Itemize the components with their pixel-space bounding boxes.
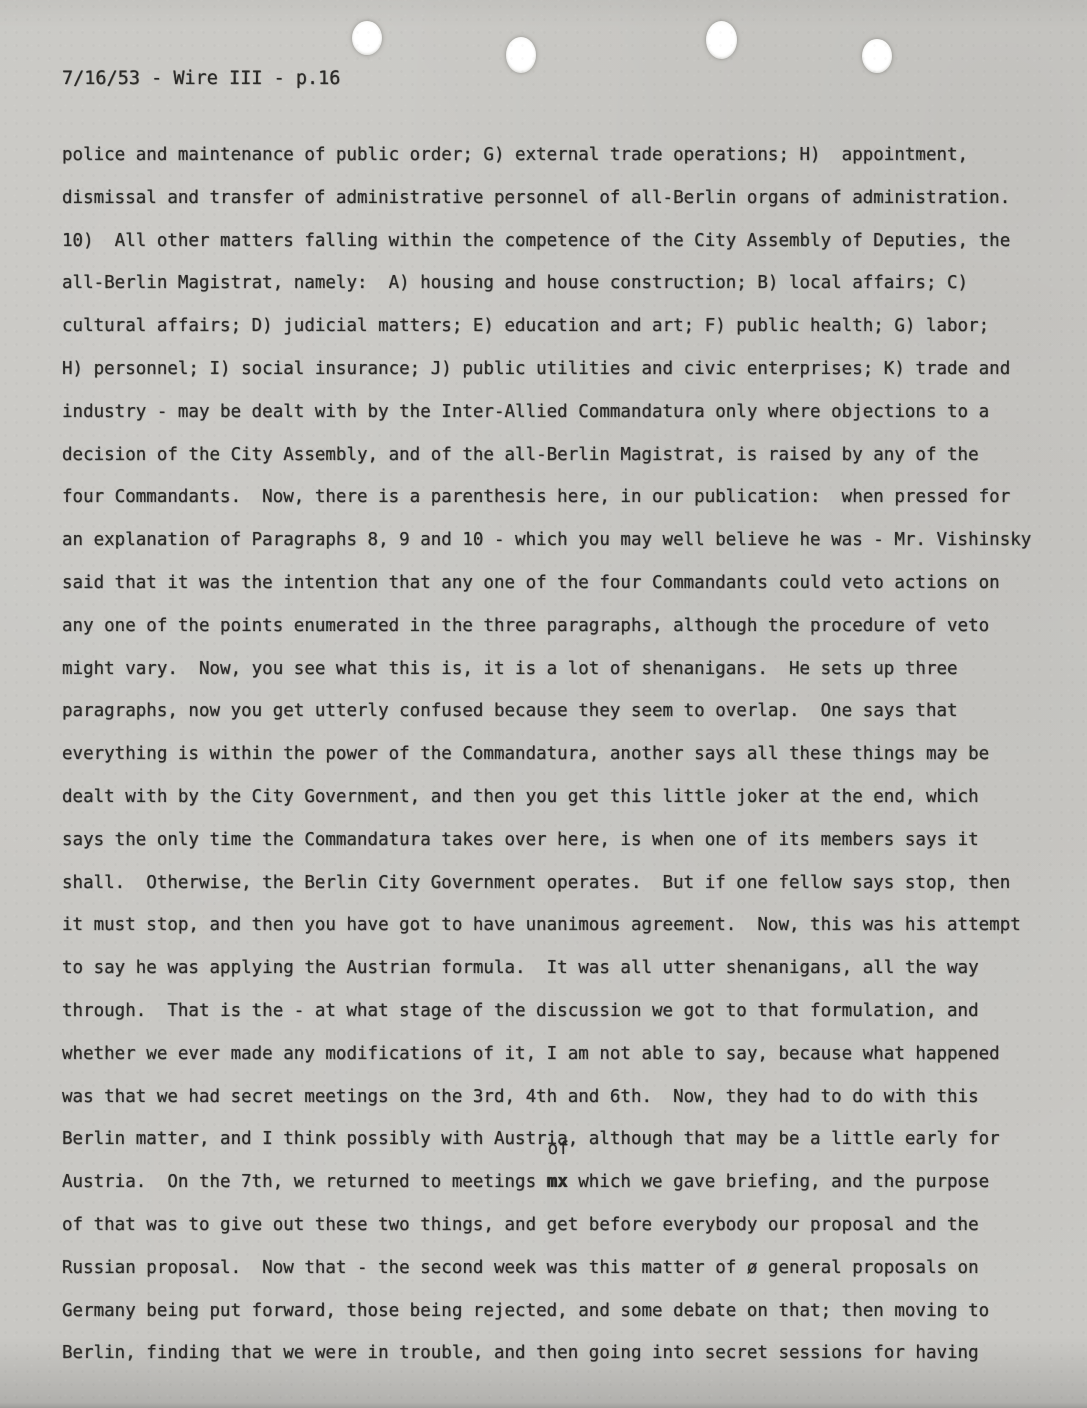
text-line: decision of the City Assembly, and of th… — [62, 434, 1077, 477]
overtyped-text: mxof — [547, 1161, 568, 1204]
text-line: dealt with by the City Government, and t… — [62, 776, 1077, 819]
text-line: Berlin matter, and I think possibly with… — [62, 1118, 1077, 1161]
document-page: 7/16/53 - Wire III - p.16 police and mai… — [0, 0, 1087, 1408]
text-line: Germany being put forward, those being r… — [62, 1290, 1077, 1333]
text-line: paragraphs, now you get utterly confused… — [62, 690, 1077, 733]
text-line: H) personnel; I) social insurance; J) pu… — [62, 348, 1077, 391]
document-header: 7/16/53 - Wire III - p.16 — [62, 68, 340, 89]
text-line: through. That is the - at what stage of … — [62, 990, 1077, 1033]
text-line: industry - may be dealt with by the Inte… — [62, 391, 1077, 434]
punch-hole-4 — [862, 39, 892, 73]
text-line: dismissal and transfer of administrative… — [62, 177, 1077, 220]
text-segment: which we gave briefing, and the purpose — [568, 1172, 989, 1192]
punch-hole-2 — [506, 37, 536, 73]
document-body: police and maintenance of public order; … — [62, 134, 1077, 1375]
punch-hole-1 — [352, 21, 382, 55]
text-line: shall. Otherwise, the Berlin City Govern… — [62, 862, 1077, 905]
text-line: to say he was applying the Austrian form… — [62, 947, 1077, 990]
text-segment: Austria. On the 7th, we returned to meet… — [62, 1172, 547, 1192]
text-line: of that was to give out these two things… — [62, 1204, 1077, 1247]
text-line: any one of the points enumerated in the … — [62, 605, 1077, 648]
text-line: says the only time the Commandatura take… — [62, 819, 1077, 862]
text-line: said that it was the intention that any … — [62, 562, 1077, 605]
text-line: whether we ever made any modifications o… — [62, 1033, 1077, 1076]
text-line: Berlin, finding that we were in trouble,… — [62, 1332, 1077, 1375]
text-line: everything is within the power of the Co… — [62, 733, 1077, 776]
text-line: might vary. Now, you see what this is, i… — [62, 648, 1077, 691]
text-line: Russian proposal. Now that - the second … — [62, 1247, 1077, 1290]
punch-hole-3 — [706, 21, 737, 59]
text-line: four Commandants. Now, there is a parent… — [62, 476, 1077, 519]
text-line: police and maintenance of public order; … — [62, 134, 1077, 177]
text-line: 10) All other matters falling within the… — [62, 220, 1077, 263]
text-line: cultural affairs; D) judicial matters; E… — [62, 305, 1077, 348]
text-line: was that we had secret meetings on the 3… — [62, 1076, 1077, 1119]
text-line: an explanation of Paragraphs 8, 9 and 10… — [62, 519, 1077, 562]
interline-insertion: of — [548, 1141, 569, 1159]
text-line: it must stop, and then you have got to h… — [62, 904, 1077, 947]
text-line: all-Berlin Magistrat, namely: A) housing… — [62, 262, 1077, 305]
text-line: Austria. On the 7th, we returned to meet… — [62, 1161, 1077, 1204]
